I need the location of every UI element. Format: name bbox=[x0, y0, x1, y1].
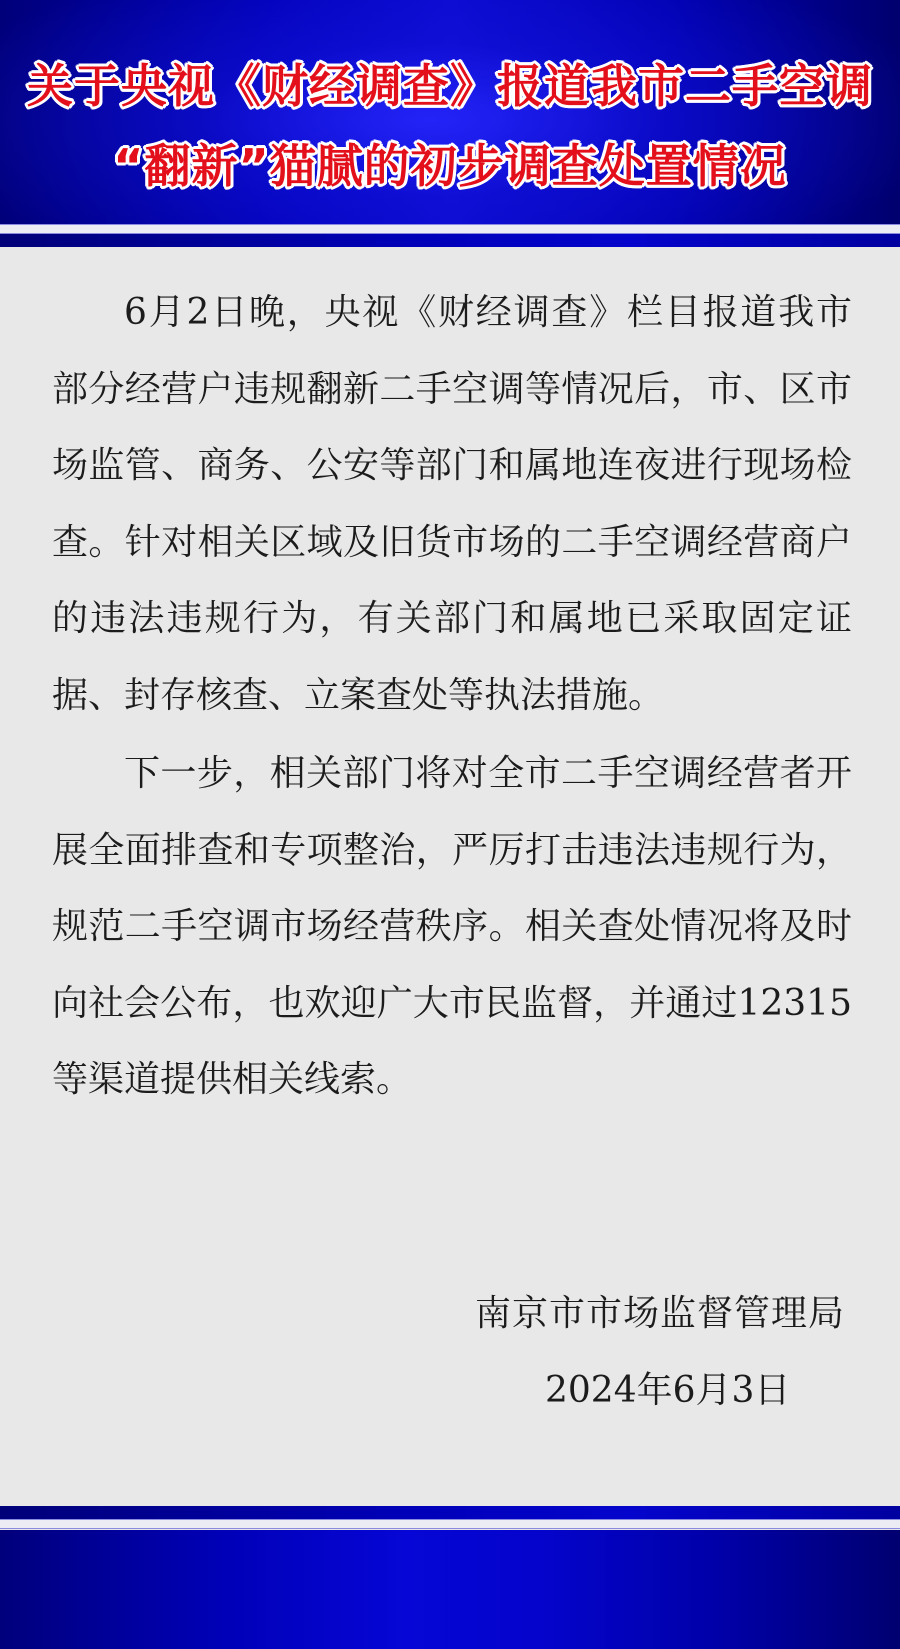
paragraph-1: 6月2日晚，央视《财经调查》栏目报道我市部分经营户违规翻新二手空调等情况后，市、… bbox=[52, 275, 852, 734]
notice-content: 6月2日晚，央视《财经调查》栏目报道我市部分经营户违规翻新二手空调等情况后，市、… bbox=[52, 275, 852, 1119]
header-divider-blue bbox=[0, 234, 900, 247]
issue-date: 2024年6月3日 bbox=[545, 1361, 790, 1421]
footer-banner bbox=[0, 1530, 900, 1649]
issuing-organization: 南京市市场监督管理局 bbox=[475, 1284, 845, 1344]
footer-divider-white bbox=[0, 1519, 900, 1529]
title-line-2: “翻新”猫腻的初步调查处置情况 bbox=[0, 138, 900, 194]
title-line-1: 关于央视《财经调查》报道我市二手空调 bbox=[0, 58, 900, 114]
header-banner: 关于央视《财经调查》报道我市二手空调 “翻新”猫腻的初步调查处置情况 bbox=[0, 0, 900, 224]
header-divider-white bbox=[0, 224, 900, 234]
footer-divider-blue bbox=[0, 1506, 900, 1519]
paragraph-2: 下一步，相关部门将对全市二手空调经营者开展全面排查和专项整治，严厉打击违法违规行… bbox=[52, 736, 852, 1119]
